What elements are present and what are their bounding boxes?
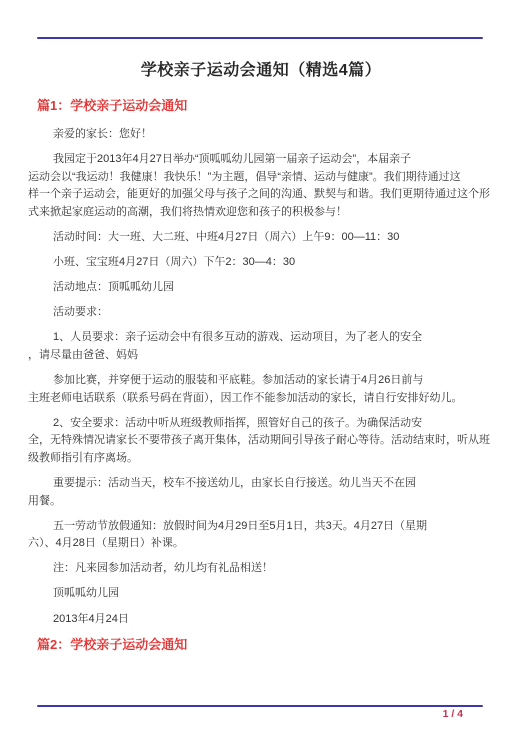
paragraph-line: 主班老师电话联系（联系号码在背面），因工作不能参加活动的家长，请自行安排好幼儿。 xyxy=(28,390,494,408)
section-2-heading: 篇2：学校亲子运动会通知 xyxy=(28,636,494,653)
paragraph-signature: 顶呱呱幼儿园 xyxy=(28,585,494,603)
paragraph-line: 活动时间：大一班、大二班、中班4月27日（周六）上午9：00—11：30 xyxy=(28,229,494,247)
section-1-heading: 篇1：学校亲子运动会通知 xyxy=(28,97,494,114)
paragraph-requirement-1b: 参加比赛，并穿便于运动的服装和平底鞋。参加活动的家长请于4月26日前与 主班老师… xyxy=(28,372,494,407)
paragraph-line: 样一个亲子运动会，能更好的加强父母与孩子之间的沟通、默契与和谐。我们更期待通过这… xyxy=(28,186,494,204)
paragraph-line: 用餐。 xyxy=(28,493,494,511)
paragraph-line: 参加比赛，并穿便于运动的服装和平底鞋。参加活动的家长请于4月26日前与 xyxy=(28,372,494,390)
paragraph-holiday-notice: 五一劳动节放假通知：放假时间为4月29日至5月1日，共3天。4月27日（星期 六… xyxy=(28,518,494,553)
paragraph-important-note: 重要提示：活动当天，校车不接送幼儿，由家长自行接送。幼儿当天不在园 用餐。 xyxy=(28,475,494,510)
paragraph-line: 五一劳动节放假通知：放假时间为4月29日至5月1日，共3天。4月27日（星期 xyxy=(28,518,494,536)
paragraph-activity-place: 活动地点：顶呱呱幼儿园 xyxy=(28,279,494,297)
paragraph-greeting: 亲爱的家长：您好！ xyxy=(28,126,494,144)
paragraph-activity-time: 活动时间：大一班、大二班、中班4月27日（周六）上午9：00—11：30 xyxy=(28,229,494,247)
paragraph-line: 重要提示：活动当天，校车不接送幼儿，由家长自行接送。幼儿当天不在园 xyxy=(28,475,494,493)
paragraph-activity-time-2: 小班、宝宝班4月27日（周六）下午2：30—4：30 xyxy=(28,254,494,272)
paragraph-gift-note: 注：凡来园参加活动者，幼儿均有礼品相送！ xyxy=(28,560,494,578)
paragraph-line: ，请尽量由爸爸、妈妈 xyxy=(28,347,494,365)
page-number: 1 / 4 xyxy=(0,708,463,720)
paragraph-line: 活动地点：顶呱呱幼儿园 xyxy=(28,279,494,297)
paragraph-line: 运动会以“我运动！我健康！我快乐！”为主题，倡导“亲情、运动与健康”。我们期待通… xyxy=(28,169,494,187)
paragraph-requirement-2: 2、安全要求：活动中听从班级教师指挥，照管好自己的孩子。为确保活动安 全，无特殊… xyxy=(28,415,494,468)
paragraph-date: 2013年4月24日 xyxy=(28,611,494,629)
paragraph-line: 六）、4月28日（星期日）补课。 xyxy=(28,535,494,553)
paragraph-line: 式来掀起家庭运动的高潮，我们将热情欢迎您和孩子的积极参与！ xyxy=(28,204,494,222)
paragraph-line: 活动要求： xyxy=(28,304,494,322)
paragraph-line: 顶呱呱幼儿园 xyxy=(28,585,494,603)
document-page: 学校亲子运动会通知（精选4篇） 篇1：学校亲子运动会通知 亲爱的家长：您好！ 我… xyxy=(0,0,520,735)
top-divider xyxy=(37,37,483,39)
paragraph-line: 全，无特殊情况请家长不要带孩子离开集体，活动期间引导孩子耐心等待。活动结束时，听… xyxy=(28,432,494,450)
paragraph-intro: 我园定于2013年4月27日举办“顶呱呱幼儿园第一届亲子运动会”，本届亲子 运动… xyxy=(28,151,494,221)
document-title: 学校亲子运动会通知（精选4篇） xyxy=(28,61,494,81)
paragraph-line: 亲爱的家长：您好！ xyxy=(28,126,494,144)
document-content: 学校亲子运动会通知（精选4篇） 篇1：学校亲子运动会通知 亲爱的家长：您好！ 我… xyxy=(28,61,494,665)
paragraph-line: 注：凡来园参加活动者，幼儿均有礼品相送！ xyxy=(28,560,494,578)
paragraph-line: 2013年4月24日 xyxy=(28,611,494,629)
paragraph-line: 我园定于2013年4月27日举办“顶呱呱幼儿园第一届亲子运动会”，本届亲子 xyxy=(28,151,494,169)
paragraph-line: 级教师指引有序离场。 xyxy=(28,450,494,468)
paragraph-requirement-1: 1、人员要求：亲子运动会中有很多互动的游戏、运动项目，为了老人的安全 ，请尽量由… xyxy=(28,329,494,364)
bottom-divider xyxy=(37,705,483,707)
paragraph-line: 2、安全要求：活动中听从班级教师指挥，照管好自己的孩子。为确保活动安 xyxy=(28,415,494,433)
paragraph-line: 1、人员要求：亲子运动会中有很多互动的游戏、运动项目，为了老人的安全 xyxy=(28,329,494,347)
paragraph-line: 小班、宝宝班4月27日（周六）下午2：30—4：30 xyxy=(28,254,494,272)
paragraph-activity-requirements: 活动要求： xyxy=(28,304,494,322)
